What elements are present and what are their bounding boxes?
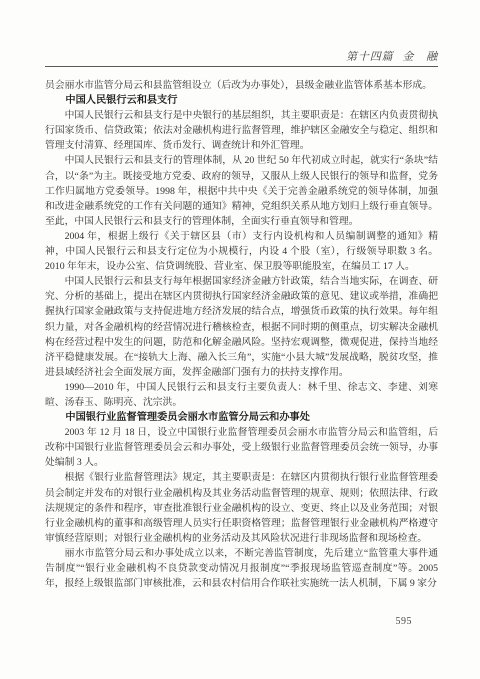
body-paragraph: 丽水市监管分局云和办事处成立以来，不断完善监管制度，先后建立“监管重大事件通告制… — [45, 546, 438, 591]
page-number: 595 — [396, 616, 413, 627]
body-paragraph: 根据《银行业监督管理法》规定，其主要职责是：在辖区内贯彻执行银行业监督管理委员会… — [45, 470, 438, 545]
book-page: 第十四篇金 融 员会丽水市监管分局云和县监管组设立（后改为办事处），县级金融业监… — [0, 0, 480, 679]
chapter-title: 金 融 — [402, 51, 438, 63]
running-header: 第十四篇金 融 — [45, 48, 438, 64]
body-paragraph: 2003 年 12 月 18 日，设立中国银行业监督管理委员会丽水市监管分局云和… — [45, 425, 438, 470]
body-paragraph: 中国人民银行云和县支行每年根据国家经济金融方针政策，结合当地实际，在调查、研究、… — [45, 274, 438, 380]
body-paragraph: 2004 年，根据上级行《关于辖区县（市）支行内设机构和人员编制调整的通知》精神… — [45, 229, 438, 274]
header-rule — [45, 66, 438, 67]
body-paragraph: 中国人民银行云和县支行的管理体制，从 20 世纪 50 年代初成立时起，就实行“… — [45, 153, 438, 228]
section-heading-pboc: 中国人民银行云和县支行 — [45, 93, 438, 108]
body-paragraph-continuation: 员会丽水市监管分局云和县监管组设立（后改为办事处），县级金融业监管体系基本形成。 — [45, 78, 438, 93]
section-heading-cbrc: 中国银行业监督管理委员会丽水市监管分局云和办事处 — [45, 410, 438, 425]
body-paragraph: 1990—2010 年，中国人民银行云和县支行主要负责人：林千里、徐志文、李建、… — [45, 380, 438, 410]
page-body: 员会丽水市监管分局云和县监管组设立（后改为办事处），县级金融业监管体系基本形成。… — [45, 78, 438, 591]
chapter-label: 第十四篇 — [346, 51, 394, 63]
body-paragraph: 中国人民银行云和县支行是中央银行的基层组织，其主要职责是：在辖区内负责贯彻执行国… — [45, 108, 438, 153]
